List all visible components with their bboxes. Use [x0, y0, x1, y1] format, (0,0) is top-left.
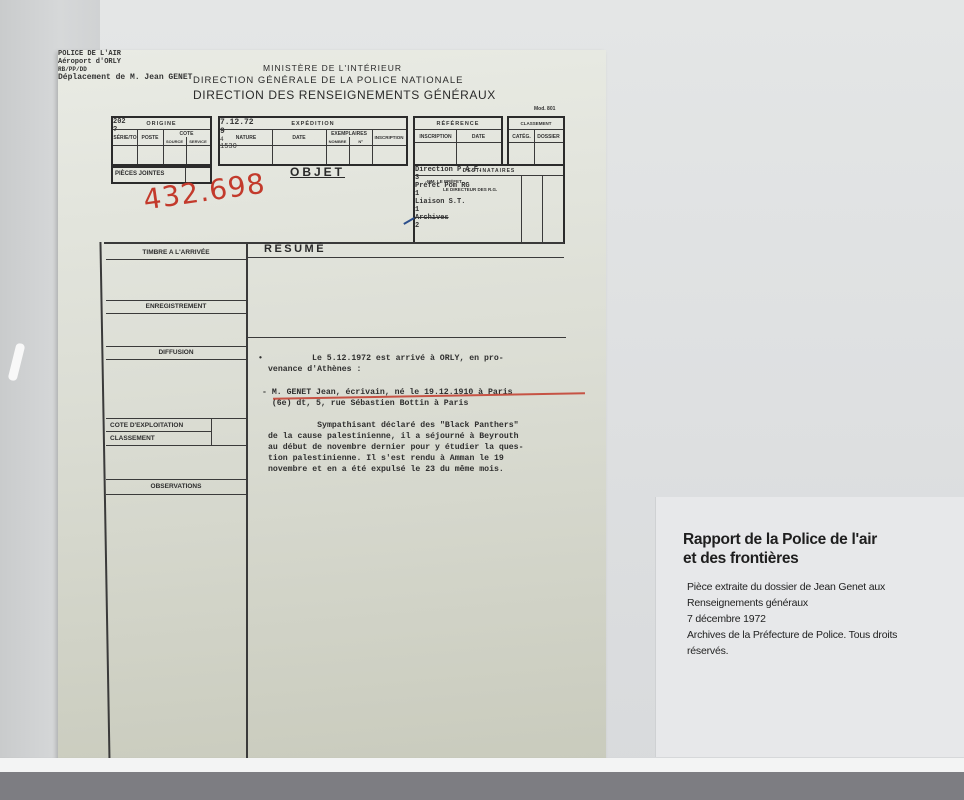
cote-exploitation-label: COTE D'EXPLOITATION — [110, 422, 183, 429]
label-title: Rapport de la Police de l'air et des fro… — [683, 530, 877, 568]
enregistrement-label: ENREGISTREMENT — [106, 303, 246, 310]
expedition-exemplaires-nombre: NOMBRE — [326, 139, 349, 144]
origine-cote-service: SERVICE — [186, 139, 210, 144]
left-border — [99, 242, 110, 762]
destinataire-count: 2 — [415, 222, 563, 230]
expedition-exemplaires-no: Nº — [349, 139, 372, 144]
origine-col-serie: SÉRIE/TO — [113, 135, 137, 141]
origine-cote-source: SOURCE — [163, 139, 186, 144]
reference-col-date: DATE — [456, 134, 501, 140]
resume-title: RÉSUMÉ — [264, 243, 326, 255]
label-body-line: Pièce extraite du dossier de Jean Genet … — [687, 579, 897, 595]
label-body-line: Archives de la Préfecture de Police. Tou… — [687, 627, 897, 643]
destinataire-count: 1 — [415, 206, 563, 214]
origine-title: ORIGINE — [113, 121, 210, 127]
destinataires-box: DESTINATAIRES MM. LE PRÉFET LE DIRECTEUR… — [413, 164, 565, 244]
classement-box: CLASSEMENT CATÉG. DOSSIER — [507, 116, 565, 166]
origine-box: ORIGINE SÉRIE/TO POSTE COTE SOURCE SERVI… — [111, 116, 212, 166]
destinataires-header1: MM. LE PRÉFET — [427, 179, 462, 184]
resume-line: (6e) dt, 5, rue Sébastien Bottin à Paris — [262, 398, 468, 409]
destinataire-name: Archives — [415, 214, 563, 222]
expedition-col-date: DATE — [272, 135, 326, 141]
stamp-line1: POLICE DE L'AIR — [58, 50, 606, 58]
classement-col-dossier: DOSSIER — [534, 134, 563, 140]
direction-generale-title: DIRECTION GÉNÉRALE DE LA POLICE NATIONAL… — [193, 75, 463, 86]
destinataires-header2: LE DIRECTEUR DES R.G. — [443, 187, 497, 192]
section-rule — [104, 242, 564, 244]
resume-line: • Le 5.12.1972 est arrivé à ORLY, en pro… — [258, 353, 504, 364]
form-code: Mod. 801 — [534, 106, 555, 112]
resume-line: venance d'Athènes : — [268, 364, 361, 375]
museum-label-card: Rapport de la Police de l'air et des fro… — [655, 497, 964, 757]
left-column-border — [246, 242, 248, 762]
label-body-line: Renseignements généraux — [687, 595, 897, 611]
classement-col-categ: CATÉG. — [509, 134, 534, 140]
objet-title: OBJET — [290, 165, 345, 179]
label-body-line: réservés. — [687, 643, 897, 659]
expedition-box: EXPÉDITION NATURE DATE EXEMPLAIRES NOMBR… — [218, 116, 408, 166]
expedition-title: EXPÉDITION — [220, 121, 406, 127]
origine-col-poste: POSTE — [137, 135, 163, 141]
label-title-line2: et des frontières — [683, 549, 877, 568]
label-title-line1: Rapport de la Police de l'air — [683, 530, 877, 549]
display-shelf — [0, 758, 964, 772]
resume-line: Sympathisant déclaré des "Black Panthers… — [268, 420, 519, 431]
timbre-label: TIMBRE A L'ARRIVÉE — [106, 249, 246, 256]
diffusion-label: DIFFUSION — [106, 349, 246, 356]
classement-box-title: CLASSEMENT — [509, 121, 563, 126]
reference-box: RÉFÉRENCE INSCRIPTION DATE — [413, 116, 503, 166]
destinataires-title: DESTINATAIRES — [415, 168, 563, 174]
observations-label: OBSERVATIONS — [106, 483, 246, 490]
label-body: Pièce extraite du dossier de Jean Genet … — [687, 579, 897, 659]
classement-label: CLASSEMENT — [110, 435, 155, 442]
resume-line: au début de novembre dernier pour y étud… — [268, 442, 524, 453]
reference-title: RÉFÉRENCE — [415, 121, 501, 127]
resume-line: tion palestinienne. Il s'est rendu à Amm… — [268, 453, 504, 464]
resume-line: novembre et en a été expulsé le 23 du mê… — [268, 464, 504, 475]
destinataire-name: Liaison S.T. — [415, 198, 563, 206]
ministry-title: MINISTÈRE DE L'INTÉRIEUR — [263, 63, 402, 73]
expedition-col-inscription: INSCRIPTION — [372, 135, 406, 140]
resume-line: de la cause palestinienne, il a séjourné… — [268, 431, 519, 442]
pieces-jointes-label: PIÈCES JOINTES — [115, 171, 164, 177]
reference-col-inscription: INSCRIPTION — [415, 134, 456, 140]
display-base — [0, 772, 964, 800]
expedition-col-nature: NATURE — [220, 135, 272, 141]
label-body-line: 7 décembre 1972 — [687, 611, 897, 627]
police-report-document: POLICE DE L'AIR Aéroport d'ORLY MINISTÈR… — [58, 50, 606, 762]
direction-title: DIRECTION DES RENSEIGNEMENTS GÉNÉRAUX — [193, 88, 496, 102]
